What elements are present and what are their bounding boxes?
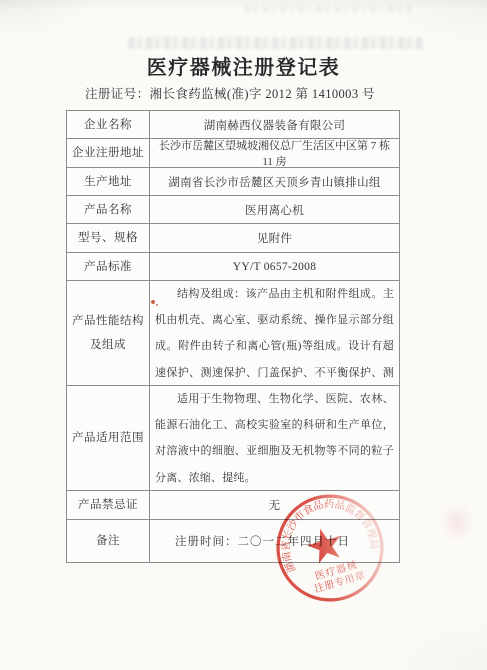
row-value: 长沙市岳麓区望城坡湘仪总厂生活区中区第 7 栋 11 房 [150,139,399,167]
row-value: 无 [150,491,399,519]
table-row: 产品禁忌证 无 [67,491,399,520]
stamp-caption-line2: 注册专用章 [313,568,367,595]
table-row: 产品名称 医用离心机 [67,196,399,224]
row-label: 产品性能结构及组成 [67,281,150,385]
table-row: 企业注册地址 长沙市岳麓区望城坡湘仪总厂生活区中区第 7 栋 11 房 [67,139,399,168]
table-row: 型号、规格 见附件 [67,224,399,253]
registration-number-value: 湘长食药监械(准)字 2012 第 1410003 号 [150,87,375,101]
bleed-through-smudge [244,5,412,13]
row-value: YY/T 0657-2008 [150,253,399,280]
registration-number-line: 注册证号：湘长食药监械(准)字 2012 第 1410003 号 [85,84,375,102]
scanned-registration-form: 医疗器械注册登记表 注册证号：湘长食药监械(准)字 2012 第 1410003… [0,0,487,670]
registration-date-value: 注册时间：二〇一二年四月十日 [150,520,399,562]
registration-number-label: 注册证号： [85,87,150,101]
row-value: 见附件 [150,224,399,252]
registration-table: 企业名称 湖南赫西仪器装备有限公司 企业注册地址 长沙市岳麓区望城坡湘仪总厂生活… [66,110,400,563]
row-label: 型号、规格 [67,224,150,252]
ink-smudge [440,502,474,542]
table-row: 产品标准 YY/T 0657-2008 [67,253,399,281]
row-label: 企业注册地址 [67,139,150,167]
table-row: 备注 注册时间：二〇一二年四月十日 [67,520,399,562]
row-value: 湖南省长沙市岳麓区天顶乡青山镇排山组 [150,168,399,195]
page-title: 医疗器械注册登记表 [0,51,487,80]
row-label: 产品标准 [67,253,150,280]
table-row: 产品性能结构及组成 结构及组成：该产品由主机和附件组成。主机由机壳、离心室、驱动… [67,281,399,386]
row-label: 备注 [67,520,150,562]
row-label: 产品禁忌证 [67,491,150,519]
row-value: 适用于生物物理、生物化学、医院、农林、能源石油化工、高校实验室的科研和生产单位，… [150,386,399,490]
row-value: 医用离心机 [150,196,399,223]
table-row: 企业名称 湖南赫西仪器装备有限公司 [67,111,399,139]
table-row: 产品适用范围 适用于生物物理、生物化学、医院、农林、能源石油化工、高校实验室的科… [67,386,399,491]
row-value: 结构及组成：该产品由主机和附件组成。主机由机壳、离心室、驱动系统、操作显示部分组… [150,281,399,385]
row-value: 湖南赫西仪器装备有限公司 [150,111,399,138]
row-label: 产品名称 [67,196,150,223]
bleed-through-smudge [128,37,424,49]
row-label: 生产地址 [67,168,150,195]
row-label: 产品适用范围 [67,386,150,490]
table-row: 生产地址 湖南省长沙市岳麓区天顶乡青山镇排山组 [67,168,399,196]
row-label: 企业名称 [67,111,150,138]
